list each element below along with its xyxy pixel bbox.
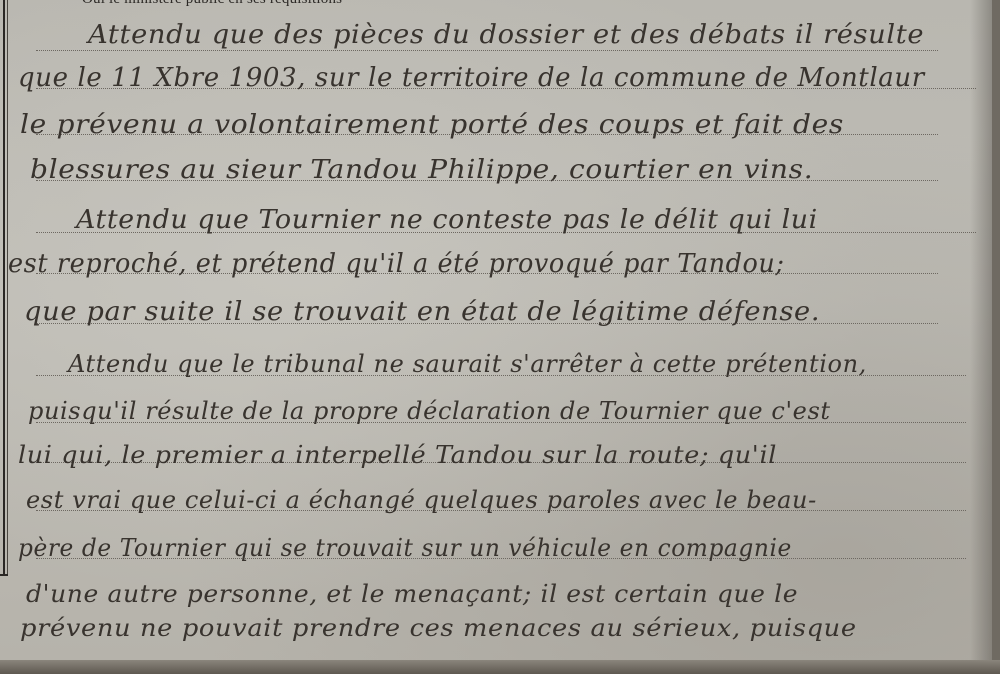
handwritten-line: père de Tournier qui se trouvait sur un … xyxy=(18,534,792,562)
handwritten-line: lui qui, le premier a interpellé Tandou … xyxy=(18,441,777,469)
handwritten-line: est vrai que celui-ci a échangé quelques… xyxy=(26,486,817,514)
page-bottom-edge xyxy=(0,660,1000,674)
handwritten-line: prévenu ne pouvait prendre ces menaces a… xyxy=(20,614,857,642)
margin-rule-inner xyxy=(7,0,8,575)
handwritten-line: Attendu que des pièces du dossier et des… xyxy=(88,20,924,50)
margin-rule-foot xyxy=(0,574,8,576)
writing-rule xyxy=(36,50,938,51)
printed-header: Ouï le ministère public en ses réquisiti… xyxy=(82,0,342,8)
handwritten-line: est reproché, et prétend qu'il a été pro… xyxy=(8,249,785,279)
handwritten-line: d'une autre personne, et le menaçant; il… xyxy=(26,580,798,608)
handwritten-line: blessures au sieur Tandou Philippe, cour… xyxy=(30,155,813,185)
handwritten-line: Attendu que le tribunal ne saurait s'arr… xyxy=(68,350,867,378)
handwritten-line: que le 11 Xbre 1903, sur le territoire d… xyxy=(18,63,925,93)
handwritten-line: puisqu'il résulte de la propre déclarati… xyxy=(28,397,831,425)
page-edge-shadow xyxy=(970,0,992,660)
handwritten-line: Attendu que Tournier ne conteste pas le … xyxy=(76,205,818,235)
handwritten-line: que par suite il se trouvait en état de … xyxy=(24,297,820,327)
handwritten-line: le prévenu a volontairement porté des co… xyxy=(20,110,844,140)
margin-rule-outer xyxy=(3,0,5,575)
document-page: Ouï le ministère public en ses réquisiti… xyxy=(0,0,992,660)
